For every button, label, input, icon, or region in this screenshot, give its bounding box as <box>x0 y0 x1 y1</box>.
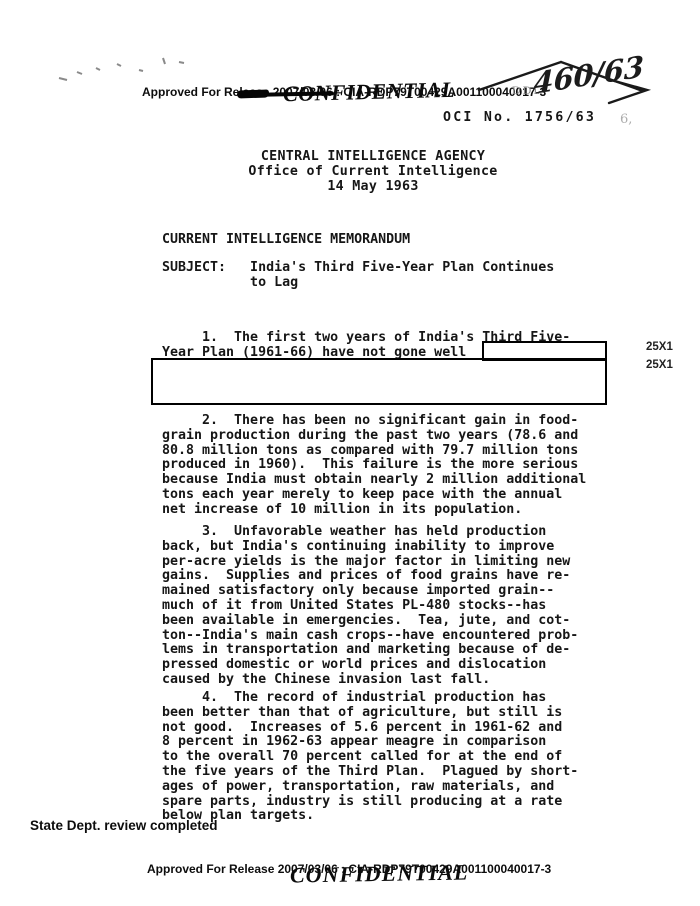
memo-type-label: CURRENT INTELLIGENCE MEMORANDUM <box>162 233 410 248</box>
redaction-box-large <box>151 358 607 405</box>
document-page: Approved For Release 2007/03/06 : CIA-RD… <box>0 0 700 906</box>
redaction-code-2: 25X1 <box>646 359 673 371</box>
document-date: 14 May 1963 <box>150 180 596 195</box>
paragraph-3: 3. Unfavorable weather has held producti… <box>162 525 578 688</box>
paragraph-2: 2. There has been no significant gain in… <box>162 414 586 518</box>
document-number: OCI No. 1756/63 <box>443 111 596 126</box>
confidential-stamp-bottom: CONFIDENTIAL <box>290 859 469 888</box>
subject-block: SUBJECT: India's Third Five-Year Plan Co… <box>162 261 554 291</box>
review-note: State Dept. review completed <box>30 818 218 833</box>
redaction-code-1: 25X1 <box>646 341 673 353</box>
paragraph-4: 4. The record of industrial production h… <box>162 691 578 824</box>
smudge-mark: 6, <box>620 112 632 127</box>
agency-name: CENTRAL INTELLIGENCE AGENCY <box>150 150 596 165</box>
office-name: Office of Current Intelligence <box>150 165 596 180</box>
